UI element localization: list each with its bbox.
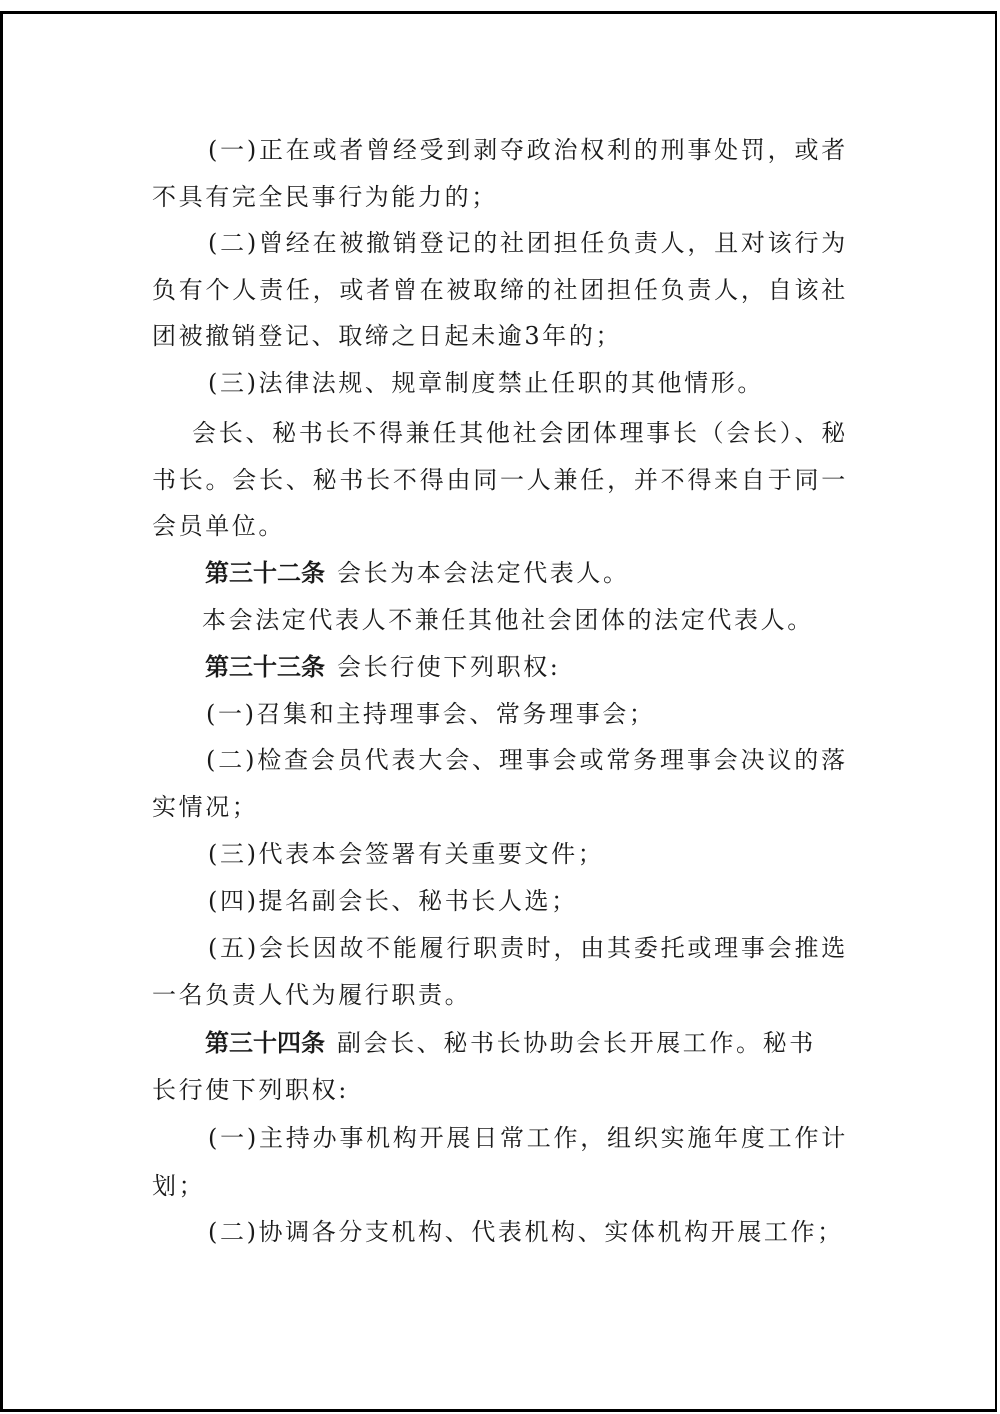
line-text: 负有个人责任，或者曾在被取缔的社团担任负责人，自该社 <box>152 276 848 304</box>
text-line-clause-3: (三)法律法规、规章制度禁止任职的其他情形。 <box>208 368 764 398</box>
line-text: 长行使下列职权: <box>152 1076 349 1104</box>
line-text: (四)提名副会长、秘书长人选； <box>208 887 578 915</box>
line-text: (一)正在或者曾经受到剥夺政治权利的刑事处罚，或者 <box>208 136 848 164</box>
text-line-restriction-3: 会员单位。 <box>152 511 285 541</box>
text-line-a33-item-2-2: 实情况； <box>152 792 258 822</box>
text-line-a33-item-2-1: (二)检查会员代表大会、理事会或常务理事会决议的落 <box>206 745 848 775</box>
article-34: 第三十四条副会长、秘书长协助会长开展工作。秘书 <box>205 1028 816 1058</box>
line-text: 划； <box>152 1172 205 1200</box>
line-text: 不具有完全民事行为能力的； <box>152 183 498 211</box>
text-line-a34-item-1-2: 划； <box>152 1171 205 1201</box>
line-text: 会长行使下列职权: <box>337 653 561 681</box>
line-text: 书长。会长、秘书长不得由同一人兼任，并不得来自于同一 <box>152 466 848 494</box>
text-line-clause-1-1: (一)正在或者曾经受到剥夺政治权利的刑事处罚，或者 <box>208 135 848 165</box>
text-line-clause-2-1: (二)曾经在被撤销登记的社团担任负责人，且对该行为 <box>208 228 848 258</box>
line-text: (二)曾经在被撤销登记的社团担任负责人，且对该行为 <box>208 229 848 257</box>
article-heading: 第三十四条 <box>205 1029 325 1057</box>
text-line-clause-2-3: 团被撤销登记、取缔之日起未逾3年的； <box>152 321 622 351</box>
line-text: (二)检查会员代表大会、理事会或常务理事会决议的落 <box>206 746 848 774</box>
text-line-a33-item-3: (三)代表本会签署有关重要文件； <box>208 839 604 869</box>
text-line-restriction-2: 书长。会长、秘书长不得由同一人兼任，并不得来自于同一 <box>152 465 848 495</box>
text-line-clause-1-2: 不具有完全民事行为能力的； <box>152 182 498 212</box>
text-line-a33-item-5-1: (五)会长因故不能履行职责时，由其委托或理事会推选 <box>208 933 848 963</box>
article-32: 第三十二条会长为本会法定代表人。 <box>205 558 630 588</box>
text-line-a33-item-4: (四)提名副会长、秘书长人选； <box>208 886 578 916</box>
line-text: (五)会长因故不能履行职责时，由其委托或理事会推选 <box>208 934 848 962</box>
article-33: 第三十三条会长行使下列职权: <box>205 652 561 682</box>
text-line-article-34-cont: 长行使下列职权: <box>152 1075 349 1105</box>
line-text: 副会长、秘书长协助会长开展工作。秘书 <box>337 1029 816 1057</box>
line-text: (二)协调各分支机构、代表机构、实体机构开展工作； <box>208 1218 844 1246</box>
text-line-a34-item-1-1: (一)主持办事机构开展日常工作，组织实施年度工作计 <box>208 1123 848 1153</box>
line-text: (一)主持办事机构开展日常工作，组织实施年度工作计 <box>208 1124 848 1152</box>
line-text: (一)召集和主持理事会、常务理事会； <box>206 700 656 728</box>
line-text: (三)代表本会签署有关重要文件； <box>208 840 604 868</box>
line-text: 团被撤销登记、取缔之日起未逾3年的； <box>152 322 622 350</box>
line-text: 本会法定代表人不兼任其他社会团体的法定代表人。 <box>202 606 814 634</box>
article-heading: 第三十二条 <box>205 559 325 587</box>
text-line-a34-item-2: (二)协调各分支机构、代表机构、实体机构开展工作； <box>208 1217 844 1247</box>
line-text: 会员单位。 <box>152 512 285 540</box>
line-text: 实情况； <box>152 793 258 821</box>
text-line-a33-item-5-2: 一名负责人代为履行职责。 <box>152 980 471 1010</box>
article-heading: 第三十三条 <box>205 653 325 681</box>
text-line-article-32-para: 本会法定代表人不兼任其他社会团体的法定代表人。 <box>202 605 814 635</box>
line-text: 会长为本会法定代表人。 <box>337 559 630 587</box>
line-text: (三)法律法规、规章制度禁止任职的其他情形。 <box>208 369 764 397</box>
text-line-restriction-1: 会长、秘书长不得兼任其他社会团体理事长（会长）、秘 <box>192 418 848 448</box>
text-line-a33-item-1: (一)召集和主持理事会、常务理事会； <box>206 699 656 729</box>
line-text: 会长、秘书长不得兼任其他社会团体理事长（会长）、秘 <box>192 419 848 447</box>
line-text: 一名负责人代为履行职责。 <box>152 981 471 1009</box>
text-line-clause-2-2: 负有个人责任，或者曾在被取缔的社团担任负责人，自该社 <box>152 275 848 305</box>
